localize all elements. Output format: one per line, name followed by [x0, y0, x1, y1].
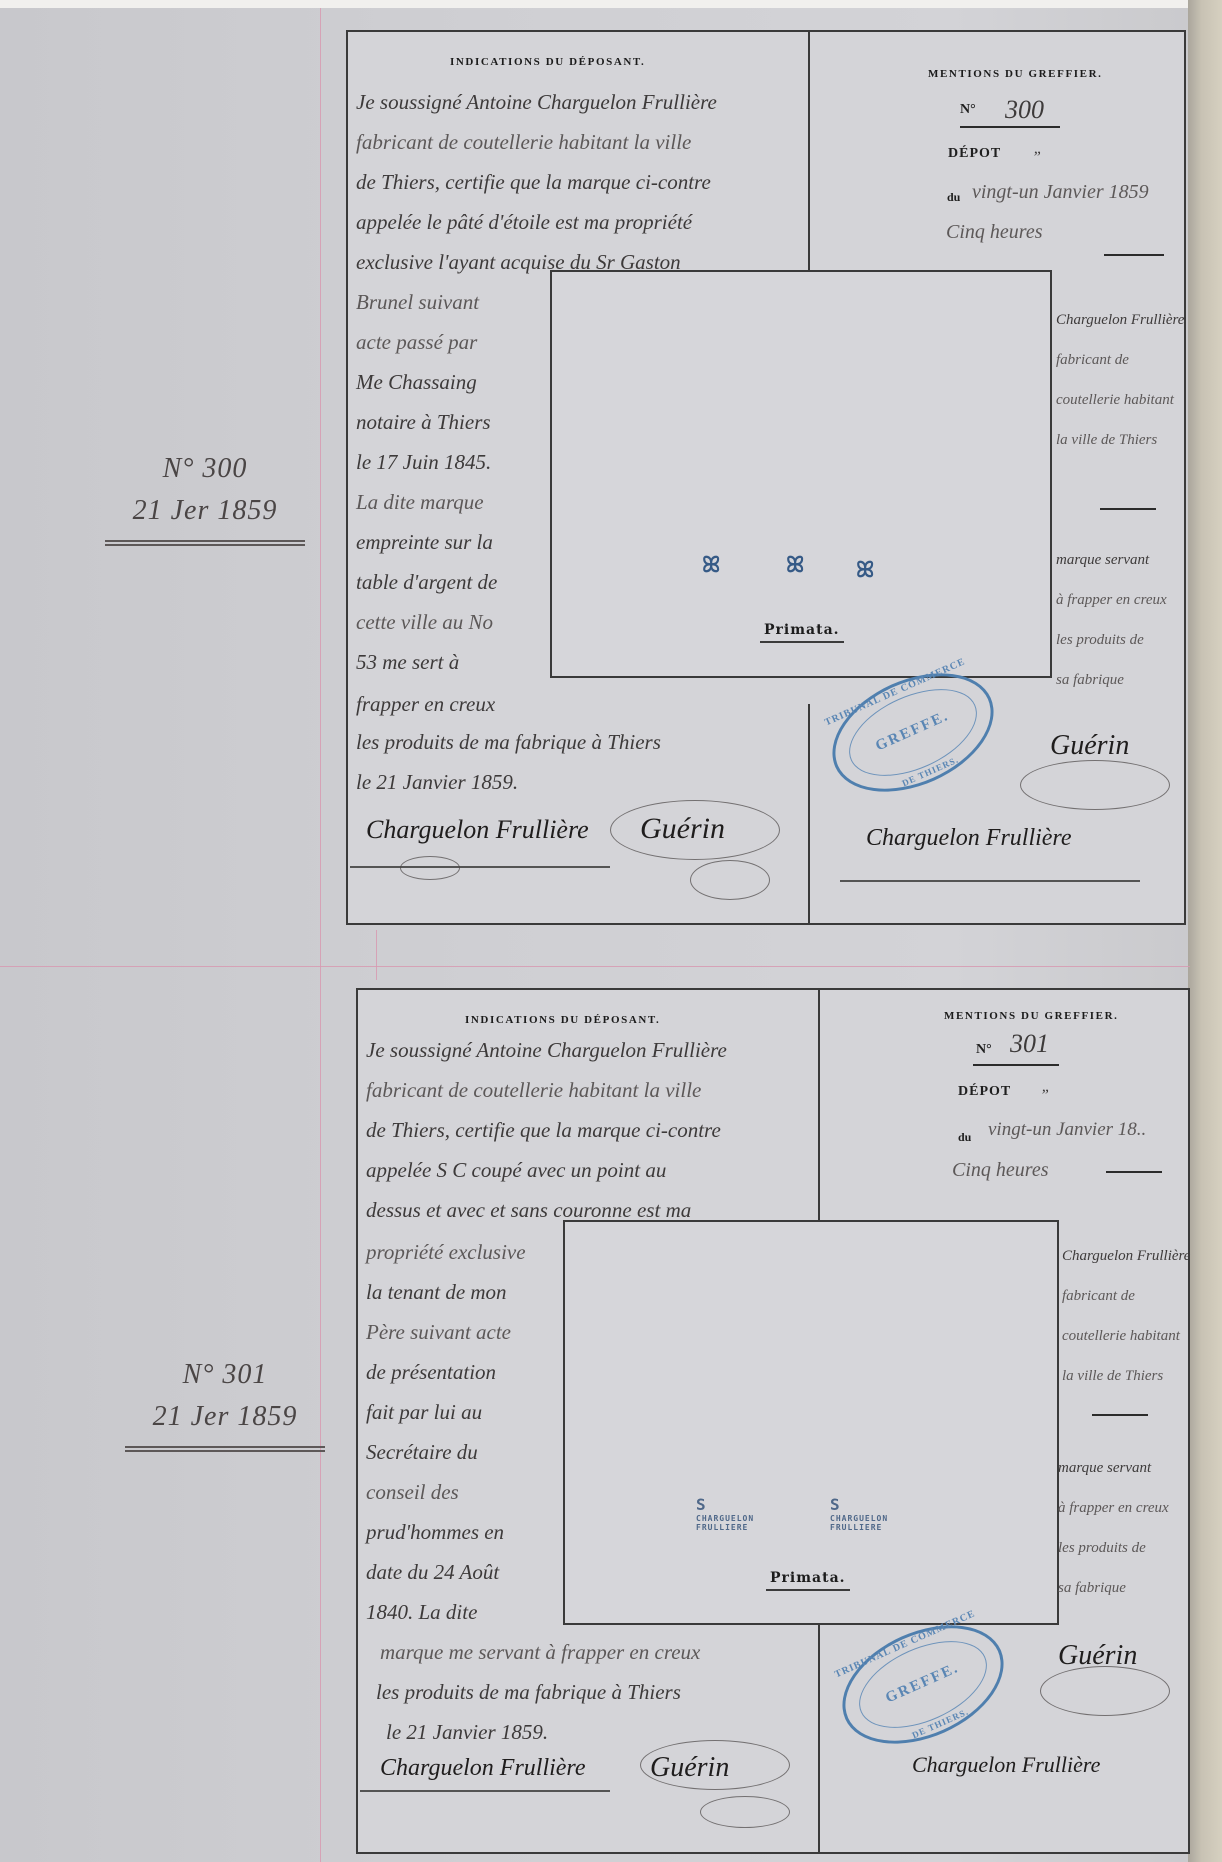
greffier-clerk-signature: Guérin: [1050, 730, 1129, 762]
depositor-line: appelée S C coupé avec un point au: [366, 1150, 666, 1190]
depositor-line: de présentation: [366, 1352, 496, 1392]
greffier-note: coutellerie habitant: [1062, 1316, 1180, 1356]
signature-flourish-line: [350, 866, 610, 868]
greffier-note: sa fabrique: [1058, 1568, 1126, 1608]
depositor-line: empreinte sur la: [356, 522, 493, 562]
depot-label: DÉPOT: [948, 146, 1001, 162]
number-label: N°: [960, 102, 976, 118]
depositor-line: les produits de ma fabrique à Thiers: [356, 722, 661, 762]
clerk-flourish: [610, 800, 780, 860]
depositor-heading: INDICATIONS DU DÉPOSANT.: [465, 1014, 660, 1026]
number-underline: [973, 1064, 1059, 1066]
deposit-time: Cinq heures: [946, 212, 1042, 252]
clerk-flourish: [1040, 1666, 1170, 1716]
depositor-line: le 21 Janvier 1859.: [356, 762, 518, 802]
clerk-flourish: [1020, 760, 1170, 810]
mark-impression-icon: ꕤ: [702, 553, 720, 578]
margin-double-rule: [105, 540, 305, 546]
depositor-line: Brunel suivant: [356, 282, 479, 322]
margin-double-rule: [125, 1446, 325, 1452]
date-underline: [1106, 1171, 1162, 1173]
depositor-line: 1840. La dite: [366, 1592, 477, 1632]
depositor-line: marque me servant à frapper en creux: [380, 1632, 700, 1672]
margin-rule-vertical: [320, 8, 321, 1862]
greffier-note: fabricant de: [1056, 340, 1129, 380]
greffier-note: Charguelon Frullière: [1056, 300, 1184, 340]
column-divider-upper: [808, 32, 810, 300]
depositor-line: date du 24 Août: [366, 1552, 499, 1592]
greffier-note: la ville de Thiers: [1062, 1356, 1163, 1396]
greffier-note: sa fabrique: [1056, 660, 1124, 700]
greffier-note: fabricant de: [1062, 1276, 1135, 1316]
depositor-signature: Charguelon Frullière: [366, 815, 589, 845]
mark-s-monogram-icon: S: [696, 1496, 707, 1514]
deposit-number: 301: [1010, 1024, 1049, 1064]
depositor-signature: Charguelon Frullière: [380, 1755, 586, 1782]
mark-impression-icon: ꕤ: [856, 558, 874, 583]
page-edge-shadow: [1188, 0, 1222, 1862]
signature-flourish-line: [840, 880, 1140, 882]
depositor-line: prud'hommes en: [366, 1512, 504, 1552]
depositor-heading: INDICATIONS DU DÉPOSANT.: [450, 56, 645, 68]
number-label: N°: [976, 1042, 992, 1058]
entry-separator-rule: [0, 966, 1190, 967]
date-underline: [1104, 254, 1164, 256]
depositor-line: de Thiers, certifie que la marque ci-con…: [356, 162, 711, 202]
mark-impression-icon: ꕤ: [786, 553, 804, 578]
depositor-line: Me Chassaing: [356, 362, 477, 402]
deposit-time: Cinq heures: [952, 1150, 1048, 1190]
column-divider-lower: [818, 1614, 820, 1854]
deposit-number: 300: [1005, 90, 1044, 130]
signature-flourish: [400, 856, 460, 880]
mark-label: Primata.: [766, 1570, 850, 1591]
depositor-line: conseil des: [366, 1472, 459, 1512]
note-separator: [1092, 1414, 1148, 1416]
margin-note-entry-2: N° 301 21 Jer 1859: [120, 1354, 330, 1452]
number-underline: [960, 126, 1060, 128]
greffier-note: les produits de: [1056, 620, 1144, 660]
depositor-line: les produits de ma fabrique à Thiers: [376, 1672, 681, 1712]
greffier-note: marque servant: [1056, 540, 1149, 580]
greffier-heading: MENTIONS DU GREFFIER.: [928, 68, 1102, 80]
mark-impression-line: FRULLIERE: [696, 1523, 754, 1532]
greffier-note: les produits de: [1058, 1528, 1146, 1568]
margin-rule-tick: [376, 930, 377, 980]
column-divider-upper: [818, 990, 820, 1222]
mark-impression-stamp: S CHARGUELON FRULLIERE: [696, 1496, 754, 1532]
margin-entry-number: N° 301: [120, 1354, 330, 1396]
mark-impression-line: FRULLIERE: [830, 1523, 888, 1532]
mark-impression-box: [563, 1220, 1059, 1625]
greffier-note: la ville de Thiers: [1056, 420, 1157, 460]
depositor-line: Je soussigné Antoine Charguelon Frullièr…: [356, 82, 717, 122]
margin-entry-number: N° 300: [100, 448, 310, 490]
signature-flourish-line: [360, 1790, 610, 1792]
depositor-line: fabricant de coutellerie habitant la vil…: [366, 1070, 701, 1110]
greffier-depositor-signature: Charguelon Frullière: [912, 1752, 1100, 1778]
depositor-line: la tenant de mon: [366, 1272, 507, 1312]
scan-top-edge: [0, 0, 1222, 8]
depositor-line: Je soussigné Antoine Charguelon Frullièr…: [366, 1030, 727, 1070]
depositor-line: frapper en creux: [356, 684, 495, 724]
clerk-flourish: [640, 1740, 790, 1790]
depositor-line: fabricant de coutellerie habitant la vil…: [356, 122, 691, 162]
depositor-line: Père suivant acte: [366, 1312, 511, 1352]
mark-impression-box: [550, 270, 1052, 678]
date-prefix-label: du: [947, 190, 960, 205]
depositor-line: le 17 Juin 1845.: [356, 442, 491, 482]
deposit-date: vingt-un Janvier 1859: [972, 172, 1149, 212]
depositor-line: acte passé par: [356, 322, 477, 362]
column-divider-lower: [808, 704, 810, 925]
greffier-depositor-signature: Charguelon Frullière: [866, 825, 1072, 852]
depositor-line: cette ville au No: [356, 602, 493, 642]
deposit-date: vingt-un Janvier 18..: [988, 1110, 1146, 1150]
depositor-line: 53 me sert à: [356, 642, 459, 682]
depositor-line: appelée le pâté d'étoile est ma propriét…: [356, 202, 692, 242]
note-separator: [1100, 508, 1156, 510]
greffier-note: Charguelon Frullière: [1062, 1236, 1190, 1276]
greffier-note: à frapper en creux: [1058, 1488, 1169, 1528]
mark-label: Primata.: [760, 622, 844, 643]
depositor-line: Secrétaire du: [366, 1432, 478, 1472]
margin-entry-date: 21 Jer 1859: [100, 490, 310, 532]
date-prefix-label: du: [958, 1130, 971, 1145]
greffier-note: marque servant: [1058, 1448, 1151, 1488]
depositor-line: notaire à Thiers: [356, 402, 491, 442]
depositor-line: de Thiers, certifie que la marque ci-con…: [366, 1110, 721, 1150]
clerk-flourish: [700, 1796, 790, 1828]
greffier-heading: MENTIONS DU GREFFIER.: [944, 1010, 1118, 1022]
mark-s-monogram-icon: S: [830, 1496, 841, 1514]
greffier-note: coutellerie habitant: [1056, 380, 1174, 420]
mark-impression-stamp: S CHARGUELON FRULLIERE: [830, 1496, 888, 1532]
depositor-line: propriété exclusive: [366, 1232, 526, 1272]
clerk-flourish: [690, 860, 770, 900]
depositor-line: table d'argent de: [356, 562, 497, 602]
margin-note-entry-1: N° 300 21 Jer 1859: [100, 448, 310, 546]
margin-entry-date: 21 Jer 1859: [120, 1396, 330, 1438]
greffier-note: à frapper en creux: [1056, 580, 1167, 620]
depot-label: DÉPOT: [958, 1084, 1011, 1100]
depositor-line: le 21 Janvier 1859.: [386, 1712, 548, 1752]
depositor-line: La dite marque: [356, 482, 484, 522]
depositor-line: fait par lui au: [366, 1392, 482, 1432]
